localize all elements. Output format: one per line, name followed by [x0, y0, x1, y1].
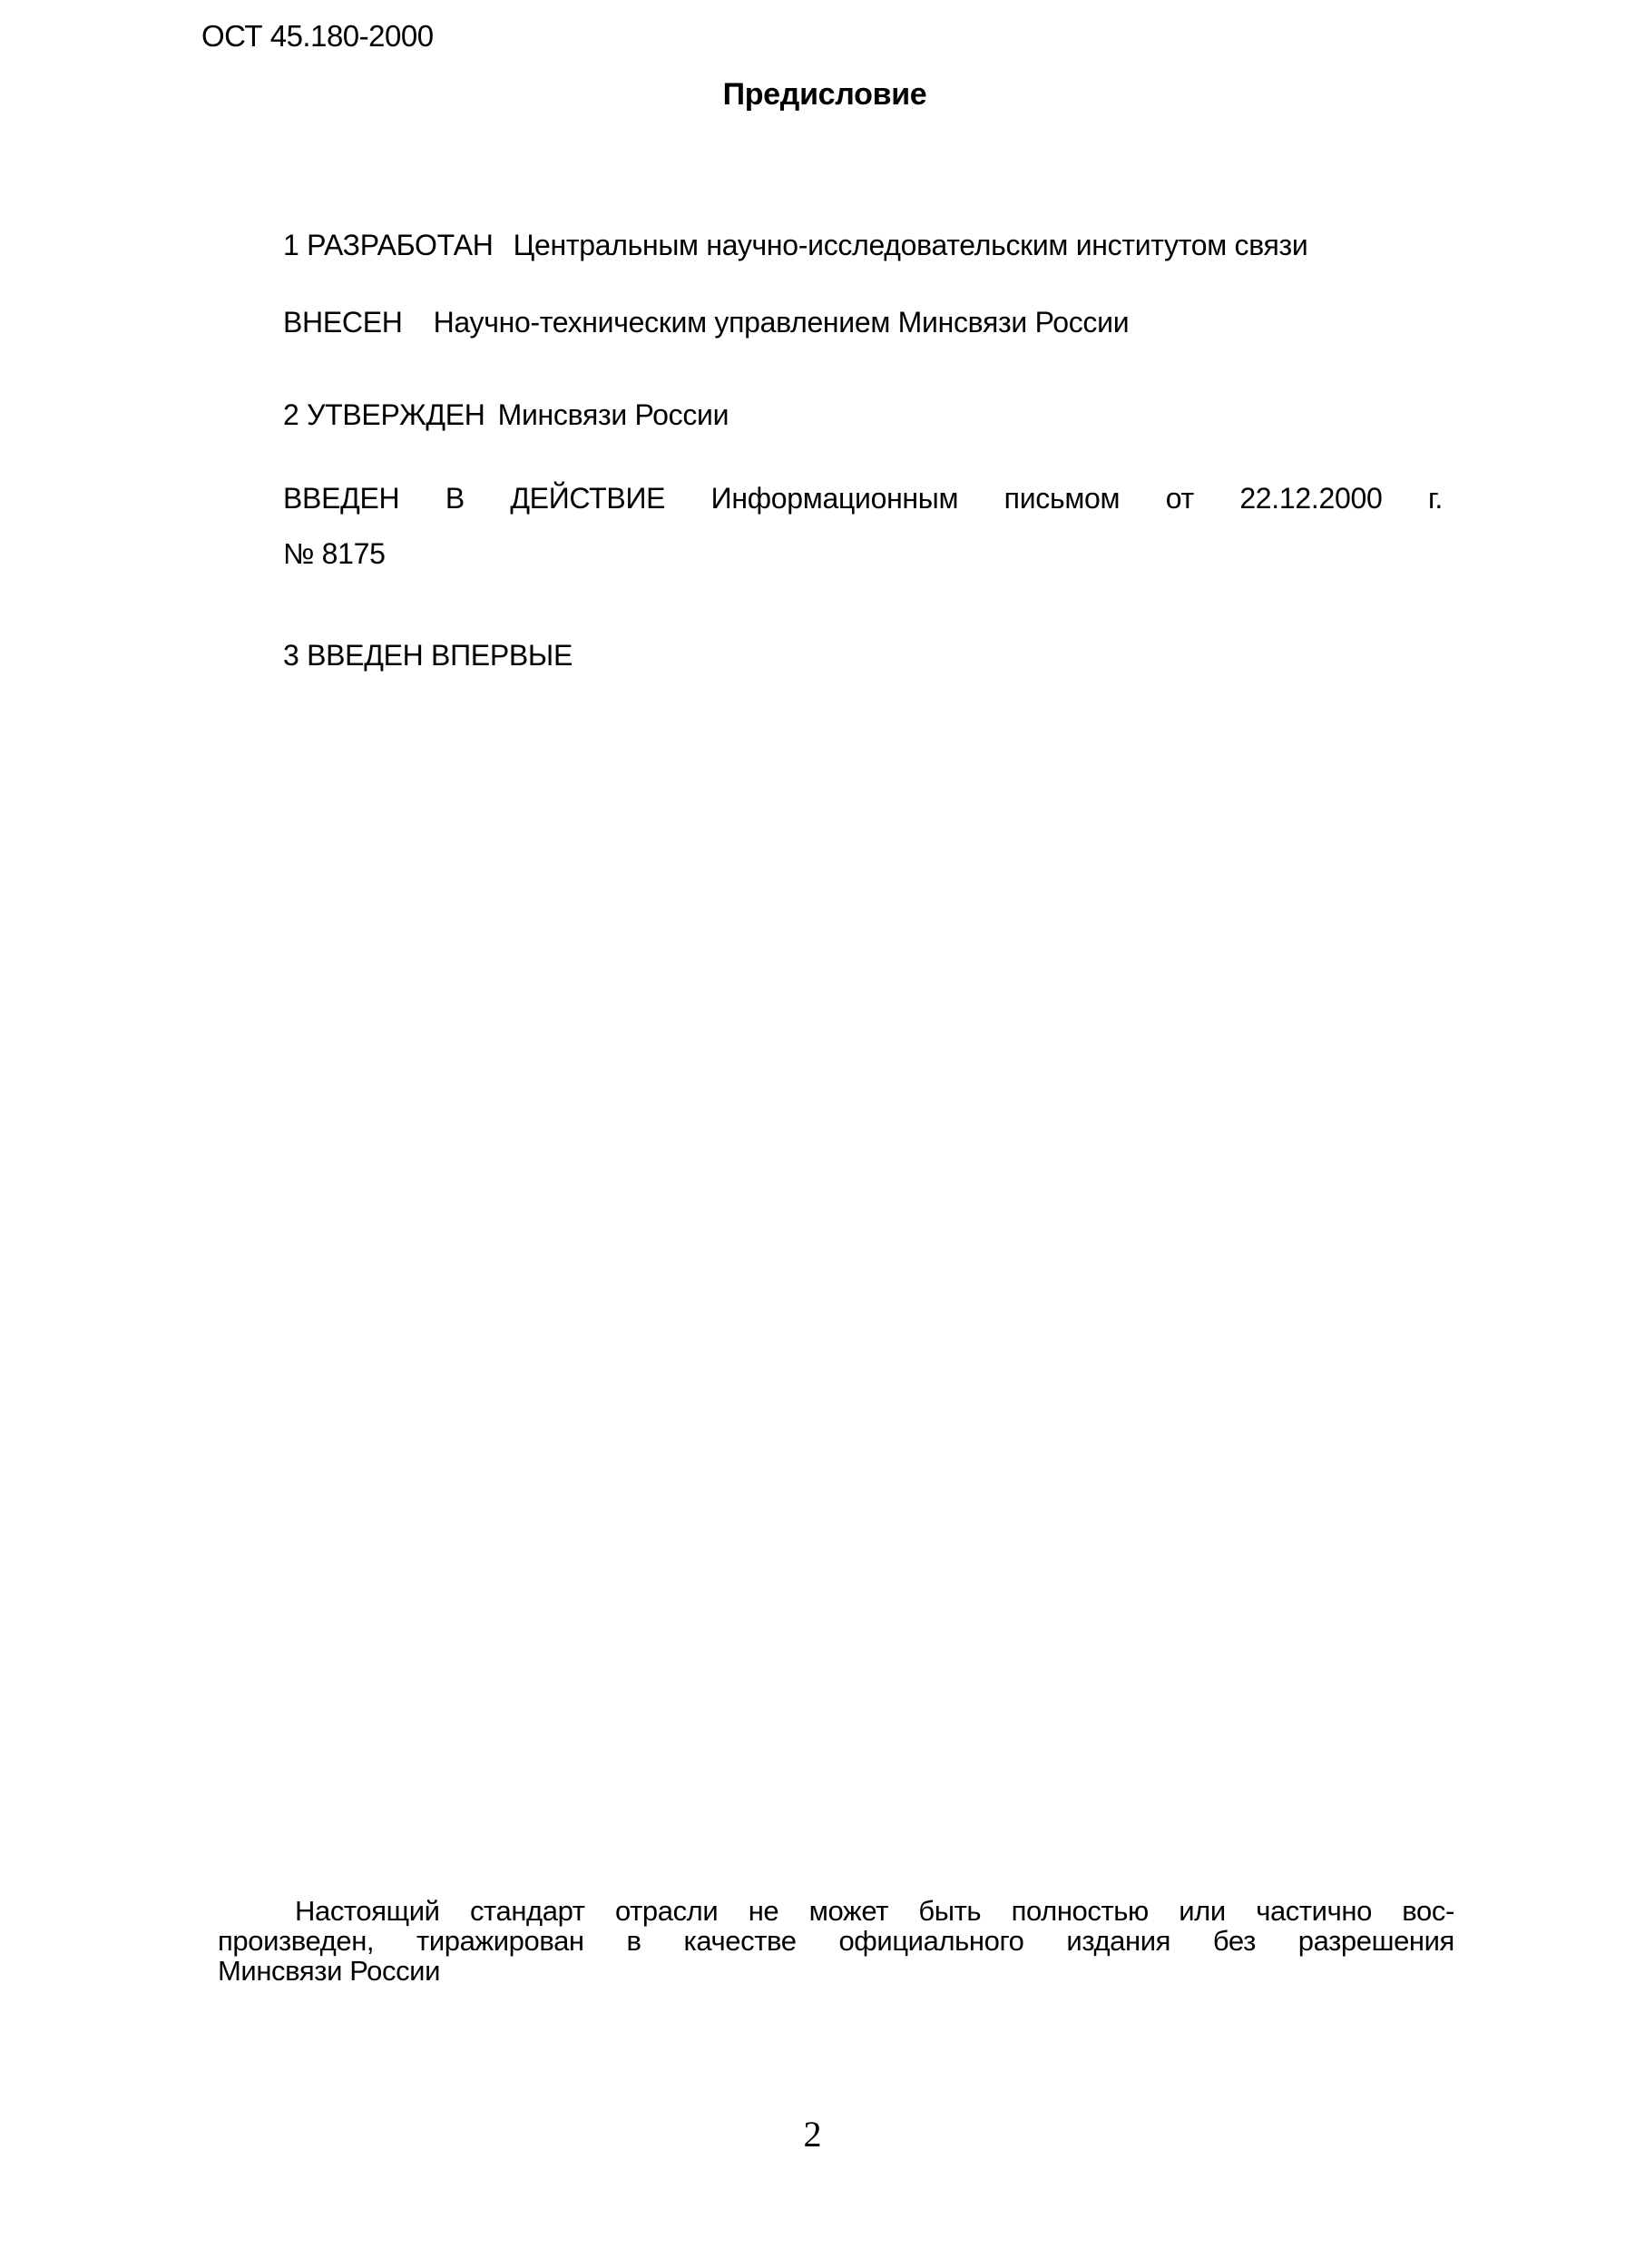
notice-word: не — [749, 1896, 779, 1926]
enacted-date: 22.12.2000 — [1239, 480, 1382, 516]
enacted-word: Информационным — [711, 480, 959, 516]
item-first-introduced: 3 ВВЕДЕН ВПЕРВЫЕ — [283, 637, 573, 673]
item-developed-text: Центральным научно-исследовательским инс… — [514, 229, 1308, 261]
item-developed-lead: 1 РАЗРАБОТАН — [283, 229, 494, 261]
notice-word: без — [1213, 1926, 1256, 1956]
enacted-word: г. — [1428, 480, 1443, 516]
notice-word: официального — [838, 1926, 1023, 1956]
notice-word: частично — [1256, 1896, 1372, 1926]
copyright-notice: Настоящий стандарт отрасли не может быть… — [218, 1896, 1454, 1986]
item-approved-text: Минсвязи России — [498, 398, 729, 431]
notice-word: может — [809, 1896, 888, 1926]
notice-word: разрешения — [1298, 1926, 1454, 1956]
notice-line: произведен, тиражирован в качестве офици… — [218, 1926, 1454, 1956]
notice-word: качестве — [684, 1926, 797, 1956]
notice-word: полностью — [1012, 1896, 1149, 1926]
notice-word: Минсвязи России — [218, 1956, 440, 1986]
enacted-word: ВВЕДЕН — [283, 480, 399, 516]
page-number: 2 — [0, 2113, 1625, 2156]
notice-word: в — [627, 1926, 641, 1956]
notice-line: Минсвязи России — [218, 1956, 1454, 1986]
enacted-word: от — [1166, 480, 1194, 516]
item-submitted-lead: ВНЕСЕН — [283, 306, 403, 339]
item-submitted: ВНЕСЕННаучно-техническим управлением Мин… — [283, 304, 1129, 340]
notice-word: издания — [1066, 1926, 1170, 1956]
notice-line: Настоящий стандарт отрасли не может быть… — [218, 1896, 1454, 1926]
item-enacted-number: № 8175 — [283, 535, 386, 572]
notice-word: вос- — [1402, 1896, 1454, 1926]
enacted-word: ДЕЙСТВИЕ — [510, 480, 665, 516]
notice-word: Настоящий — [295, 1896, 440, 1926]
item-submitted-text: Научно-техническим управлением Минсвязи … — [434, 306, 1130, 339]
notice-word: тиражирован — [416, 1926, 584, 1956]
page-title: Предисловие — [0, 76, 1625, 113]
enacted-word: письмом — [1004, 480, 1121, 516]
item-approved: 2 УТВЕРЖДЕНМинсвязи России — [283, 397, 729, 433]
enacted-word: В — [445, 480, 465, 516]
item-enacted-line: ВВЕДЕН В ДЕЙСТВИЕ Информационным письмом… — [283, 480, 1443, 516]
notice-word: стандарт — [470, 1896, 585, 1926]
document-code-header: ОСТ 45.180-2000 — [201, 18, 434, 54]
item-developed: 1 РАЗРАБОТАНЦентральным научно-исследова… — [283, 227, 1308, 263]
notice-word: произведен, — [218, 1926, 374, 1956]
notice-word: или — [1179, 1896, 1226, 1926]
notice-word: отрасли — [615, 1896, 718, 1926]
item-approved-lead: 2 УТВЕРЖДЕН — [283, 398, 485, 431]
notice-word: быть — [918, 1896, 981, 1926]
